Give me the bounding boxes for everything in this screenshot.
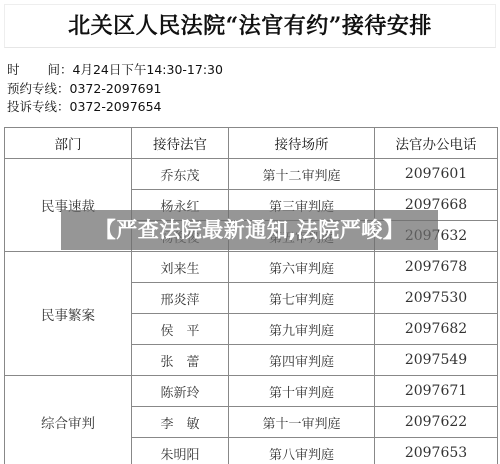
judge-cell: 张 蕾 <box>132 345 229 376</box>
time-label: 时间： <box>7 61 73 80</box>
phone-cell: 2097653 <box>375 438 498 464</box>
booking-value: 0372-2097691 <box>70 81 162 96</box>
judge-cell: 邢炎萍 <box>132 283 229 314</box>
judge-cell: 李 敏 <box>132 407 229 438</box>
place-cell: 第六审判庭 <box>229 252 375 283</box>
phone-cell: 2097530 <box>375 283 498 314</box>
overlay-banner: 【严查法院最新通知,法院严峻】 <box>61 210 438 250</box>
place-cell: 第十审判庭 <box>229 376 375 407</box>
phone-cell: 2097601 <box>375 159 498 190</box>
table-row: 民事速裁 乔东茂 第十二审判庭 2097601 <box>5 159 498 190</box>
info-block: 时间：4月24日下午14:30-17:30 预约专线：0372-2097691 … <box>7 61 223 117</box>
time-label-part-a: 时 <box>7 62 20 77</box>
time-label-part-b: 间： <box>48 62 73 77</box>
reception-schedule-table: 部门 接待法官 接待场所 法官办公电话 民事速裁 乔东茂 第十二审判庭 2097… <box>4 127 498 464</box>
booking-row: 预约专线：0372-2097691 <box>7 80 223 99</box>
time-value: 4月24日下午14:30-17:30 <box>73 62 223 77</box>
complaint-row: 投诉专线：0372-2097654 <box>7 98 223 117</box>
place-cell: 第九审判庭 <box>229 314 375 345</box>
department-cell: 综合审判 <box>5 376 132 464</box>
complaint-label: 投诉专线： <box>7 98 70 117</box>
phone-cell: 2097622 <box>375 407 498 438</box>
header-department: 部门 <box>5 128 132 159</box>
phone-cell: 2097671 <box>375 376 498 407</box>
time-row: 时间：4月24日下午14:30-17:30 <box>7 61 223 80</box>
judge-cell: 朱明阳 <box>132 438 229 464</box>
header-place: 接待场所 <box>229 128 375 159</box>
phone-cell: 2097682 <box>375 314 498 345</box>
department-cell: 民事繁案 <box>5 252 132 376</box>
table-row: 综合审判 陈新玲 第十审判庭 2097671 <box>5 376 498 407</box>
page-title: 北关区人民法院“法官有约”接待安排 <box>0 9 500 40</box>
place-cell: 第七审判庭 <box>229 283 375 314</box>
place-cell: 第十一审判庭 <box>229 407 375 438</box>
phone-cell: 2097678 <box>375 252 498 283</box>
header-phone: 法官办公电话 <box>375 128 498 159</box>
phone-cell: 2097549 <box>375 345 498 376</box>
table-row: 民事繁案 刘来生 第六审判庭 2097678 <box>5 252 498 283</box>
judge-cell: 刘来生 <box>132 252 229 283</box>
place-cell: 第四审判庭 <box>229 345 375 376</box>
table-header-row: 部门 接待法官 接待场所 法官办公电话 <box>5 128 498 159</box>
judge-cell: 侯 平 <box>132 314 229 345</box>
judge-cell: 乔东茂 <box>132 159 229 190</box>
header-judge: 接待法官 <box>132 128 229 159</box>
place-cell: 第十二审判庭 <box>229 159 375 190</box>
place-cell: 第八审判庭 <box>229 438 375 464</box>
complaint-value: 0372-2097654 <box>70 99 162 114</box>
booking-label: 预约专线： <box>7 80 70 99</box>
judge-cell: 陈新玲 <box>132 376 229 407</box>
